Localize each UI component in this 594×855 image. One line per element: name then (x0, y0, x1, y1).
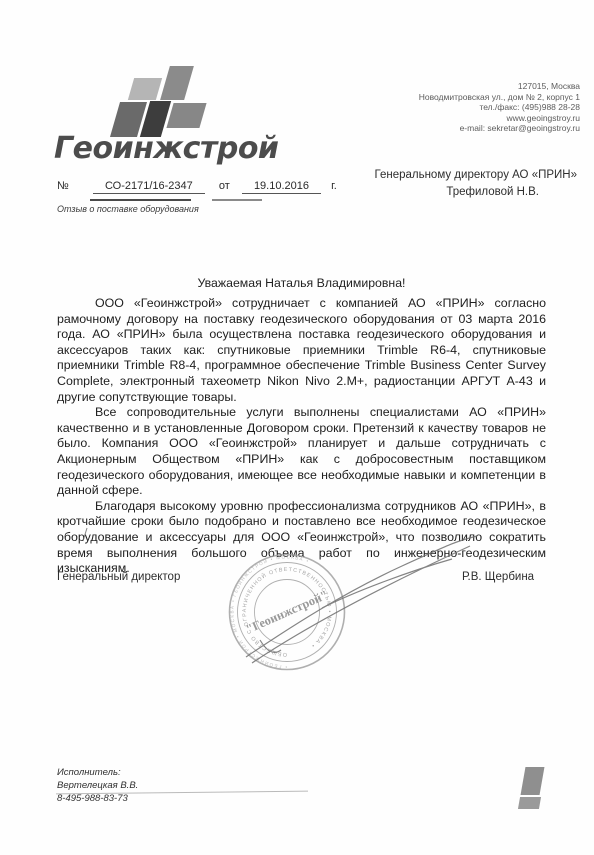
recipient-title: Генеральному директору АО «ПРИН» (340, 167, 577, 184)
address-line: тел./факс: (495)988 28-28 (419, 102, 580, 113)
logo-block-right (166, 103, 206, 128)
scan-artifact-blob (518, 797, 541, 809)
body-paragraph: Все сопроводительные услуги выполнены сп… (57, 405, 546, 499)
stamp-ring-text: ОБЩЕСТВО С ОГРАНИЧЕННОЙ ОТВЕТСТВЕННОСТЬЮ… (242, 567, 332, 657)
salutation: Уважаемая Наталья Владимировна! (57, 276, 546, 290)
stamp-mid-ring (238, 563, 337, 662)
executor-label: Исполнитель: (57, 766, 138, 779)
stamp-center-text: "Геоинжстрой" (244, 588, 330, 637)
email-link: e-mail: sekretar@geoingstroy.ru (419, 123, 580, 134)
ref-underline (90, 199, 191, 201)
recipient-block: Генеральному директору АО «ПРИН» Трефило… (340, 167, 577, 200)
ref-underline (212, 199, 262, 201)
address-line: 127015, Москва (419, 81, 580, 92)
scan-artifact-blob (521, 767, 545, 795)
letter-body: ООО «Геоинжстрой» сотрудничает с компани… (57, 296, 546, 577)
svg-text:ОБЩЕСТВО С ОГРАНИЧЕННОЙ ОТВЕТС: ОБЩЕСТВО С ОГРАНИЧЕННОЙ ОТВЕТСТВЕННОСТЬЮ… (242, 567, 332, 657)
executor-block: Исполнитель: Вертелецкая В.В. 8-495-988-… (57, 766, 138, 805)
website-link: www.geoingstroy.ru (419, 113, 580, 124)
letterhead-address: 127015, Москва Новодмитровская ул., дом … (419, 81, 580, 134)
executor-name: Вертелецкая В.В. (57, 779, 138, 792)
reference-line: № СО-2171/16-2347 от 19.10.2016 г. (57, 180, 337, 192)
recipient-name: Трефиловой Н.В. (340, 184, 577, 201)
signatory-name: Р.В. Щербина (462, 571, 534, 583)
body-paragraph: ООО «Геоинжстрой» сотрудничает с компани… (57, 296, 546, 405)
ref-date-preposition: от (219, 180, 230, 192)
logo-block-light (128, 78, 162, 100)
scanned-letter-page: Геоинжстрой 127015, Москва Новодмитровск… (0, 0, 594, 855)
body-paragraph: Благодаря высокому уровню профессионализ… (57, 499, 546, 577)
letter-subject: Отзыв о поставке оборудования (57, 204, 199, 214)
stamp-inner-ring (255, 580, 320, 645)
company-wordmark: Геоинжстрой (54, 131, 278, 166)
address-line: Новодмитровская ул., дом № 2, корпус 1 (419, 92, 580, 103)
ref-date-value: 19.10.2016 (242, 180, 321, 194)
logo-block-tall (160, 66, 194, 100)
ref-number-label: № (57, 180, 69, 192)
ref-number-value: СО-2171/16-2347 (93, 180, 205, 194)
ref-year-suffix: г. (331, 180, 337, 192)
signatory-title: Генеральный директор (57, 571, 180, 583)
